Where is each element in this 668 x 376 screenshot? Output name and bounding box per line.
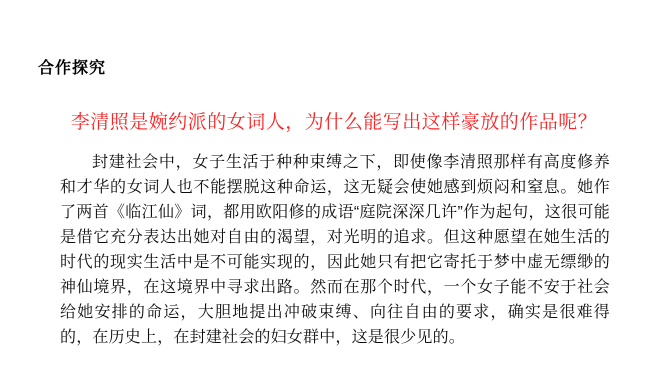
- body-paragraph: 封建社会中，女子生活于种种束缚之下，即使像李清照那样有高度修养和才华的女词人也不…: [60, 150, 610, 350]
- presentation-slide: 合作探究 李清照是婉约派的女词人，为什么能写出这样豪放的作品呢？ 封建社会中，女…: [0, 0, 668, 376]
- section-label: 合作探究: [38, 55, 106, 78]
- question-headline: 李清照是婉约派的女词人，为什么能写出这样豪放的作品呢？: [0, 107, 668, 134]
